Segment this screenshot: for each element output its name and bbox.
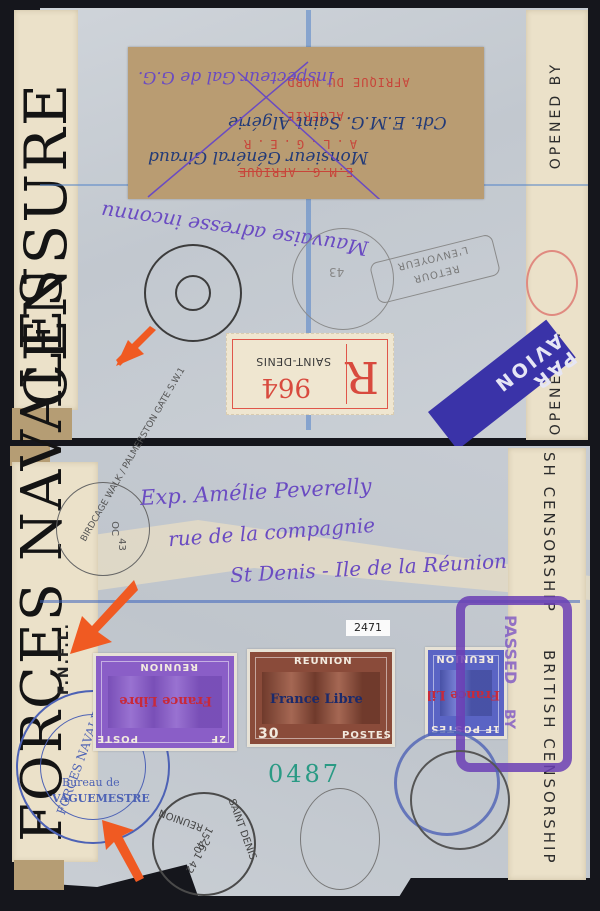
stamp-country: REUNION (139, 661, 198, 672)
stamp-denomination: 2F (210, 733, 226, 744)
cross-out-mark (128, 47, 484, 199)
red-crayon-mark (526, 250, 578, 316)
sd-postmark-text: 26 1 42 (183, 836, 212, 875)
naval-center-line: VAGUEMESTRE (52, 792, 150, 805)
orange-arrow-icon (68, 578, 140, 658)
saint-denis-postmark: SAINT DENIS REUNION 15 40 26 1 42 (152, 792, 256, 896)
by-text: BY (501, 709, 517, 729)
opened-by-text-1: OPENED BY (548, 62, 564, 169)
registration-office: SAINT-DENIS (256, 355, 331, 368)
london-postmark-year: 43 (116, 538, 127, 551)
address-label: AFRIQUE DU NORD. ALGERIE. A.L.G.E.R E.M.… (128, 47, 484, 199)
registration-label: R 964 SAINT-DENIS (226, 333, 394, 415)
orange-arrow-icon (112, 300, 162, 372)
london-postmark: BIRDCAGE WALK / PALMERSTON GATE S.W.1 OC… (56, 482, 150, 576)
censorship-text-1: SH CENSORSHIP (540, 452, 558, 614)
stamp-2: REUNION POSTES France Libre 30 (250, 652, 392, 744)
stamp-postes: POSTES (96, 733, 138, 744)
sd-postmark-text: REUNION (158, 806, 205, 832)
stamp-postes: POSTES (342, 730, 392, 741)
registration-letter: R (346, 351, 379, 402)
stamp-overprint: France Libre (119, 693, 212, 708)
orange-arrow-icon (98, 818, 146, 884)
passed-text: PASSED (501, 615, 520, 684)
naval-center-line: Bureau de (62, 776, 120, 789)
faint-postmark (300, 788, 380, 890)
postmark-year: 43 (329, 265, 344, 279)
london-postmark-month: OC (109, 521, 120, 536)
stamp-overprint: France Libre (270, 692, 363, 707)
serial-number: 0487 (268, 760, 341, 788)
dark-postmark (410, 750, 510, 850)
catalog-note: 2471 (346, 620, 390, 636)
stamp-country: REUNION (294, 656, 353, 667)
registration-number: 964 (261, 372, 311, 402)
stamp-1: REUNION POSTES France Libre 2F (96, 656, 234, 748)
stamp-denomination: 30 (258, 726, 279, 742)
tape-fold (14, 860, 64, 890)
